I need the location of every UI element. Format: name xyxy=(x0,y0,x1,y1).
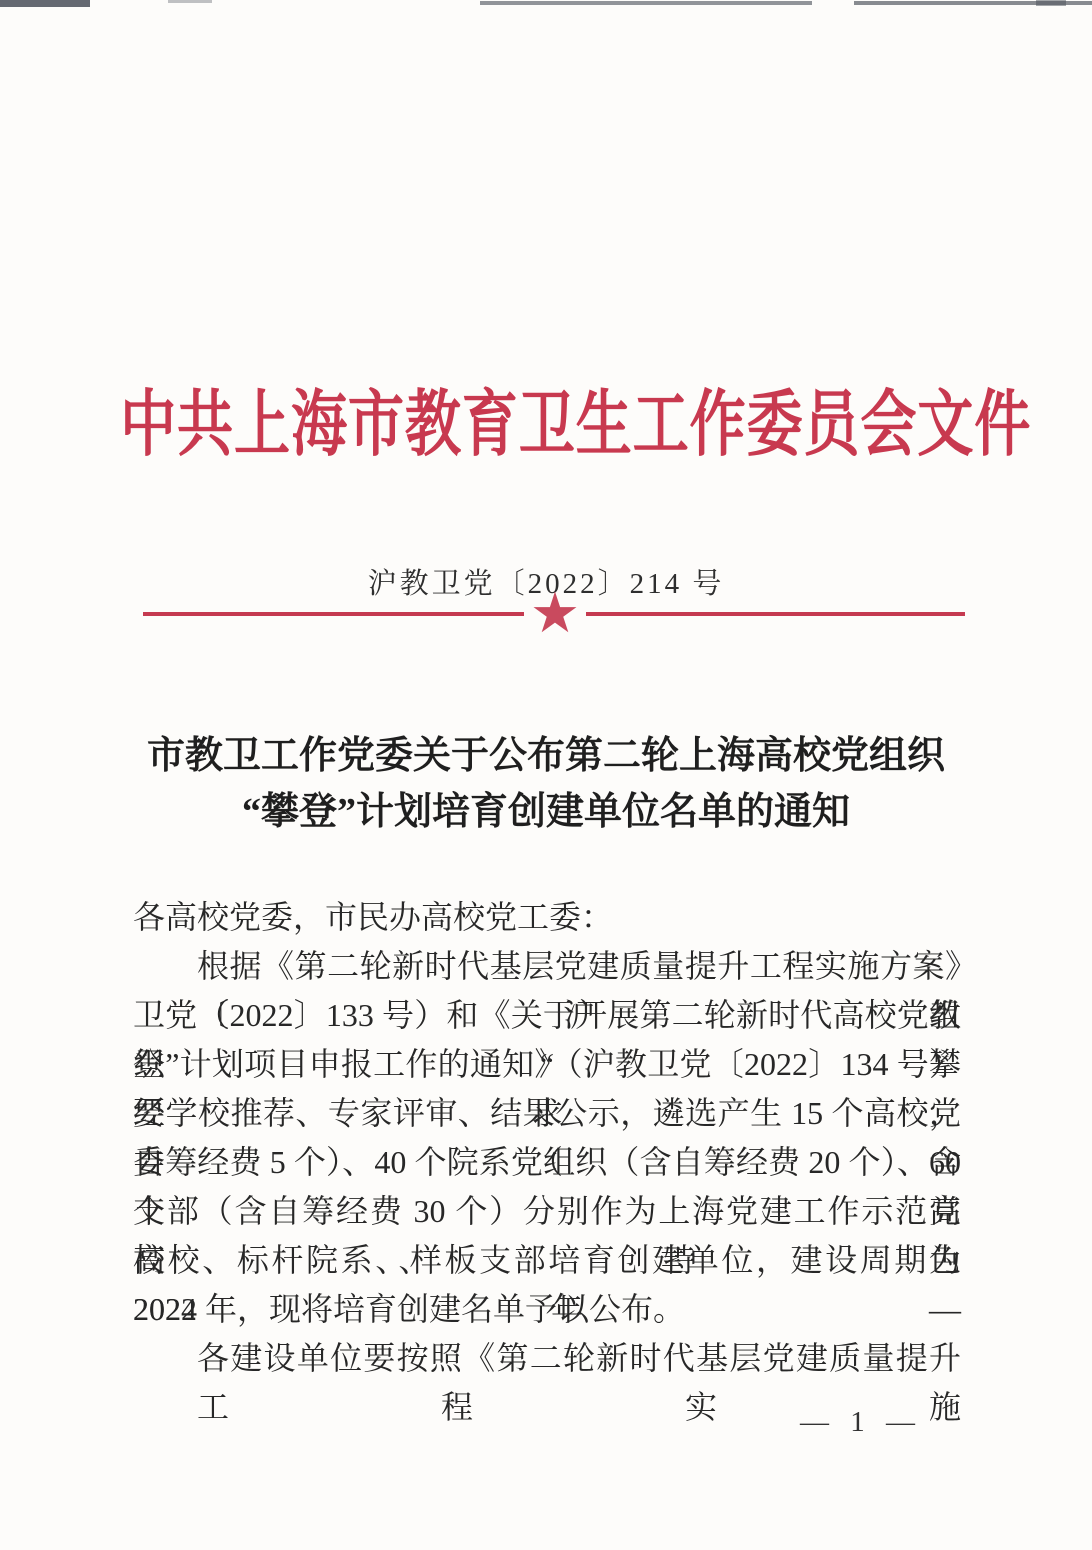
body-line: 高校、标杆院系、样板支部培育创建单位，建设周期为 2022 年— xyxy=(133,1236,961,1285)
scan-artifact xyxy=(0,0,90,7)
document-page: 中共上海市教育卫生工作委员会文件 沪教卫党〔2022〕214 号 ★ 市教卫工作… xyxy=(0,0,1092,1550)
letterhead-org-title: 中共上海市教育卫生工作委员会文件 xyxy=(120,366,972,470)
scan-artifact xyxy=(168,0,212,3)
body-line: 各建设单位要按照《第二轮新时代基层党建质量提升工程实施 xyxy=(133,1334,961,1383)
scan-artifact xyxy=(480,1,812,5)
red-rule-right xyxy=(586,612,965,616)
body-line: 支部（含自筹经费 30 个）分别作为上海党建工作示范高校、特色 xyxy=(133,1187,961,1236)
body-line: 自筹经费 5 个）、40 个院系党组织（含自筹经费 20 个）、60 个党 xyxy=(133,1138,961,1187)
body-line: 卫党〔2022〕133 号）和《关于开展第二轮新时代高校党组织“攀 xyxy=(133,991,961,1040)
body-line: 登”计划项目申报工作的通知》（沪教卫党〔2022〕134 号）要求， xyxy=(133,1040,961,1089)
body-text: 各高校党委，市民办高校党工委： 根据《第二轮新时代基层党建质量提升工程实施方案》… xyxy=(133,893,961,1383)
document-title-line1: 市教卫工作党委关于公布第二轮上海高校党组织 xyxy=(0,728,1092,784)
body-line: 经学校推荐、专家评审、结果公示，遴选产生 15 个高校党委（含 xyxy=(133,1089,961,1138)
document-title: 市教卫工作党委关于公布第二轮上海高校党组织 “攀登”计划培育创建单位名单的通知 xyxy=(0,728,1092,840)
scan-artifact xyxy=(1036,0,1066,6)
body-line: 根据《第二轮新时代基层党建质量提升工程实施方案》（沪教 xyxy=(133,942,961,991)
document-title-line2: “攀登”计划培育创建单位名单的通知 xyxy=(0,784,1092,840)
body-line: 各高校党委，市民办高校党工委： xyxy=(133,893,961,942)
page-number: — 1 — xyxy=(800,1406,922,1439)
red-rule-left xyxy=(143,612,524,616)
red-star-icon: ★ xyxy=(518,586,592,642)
